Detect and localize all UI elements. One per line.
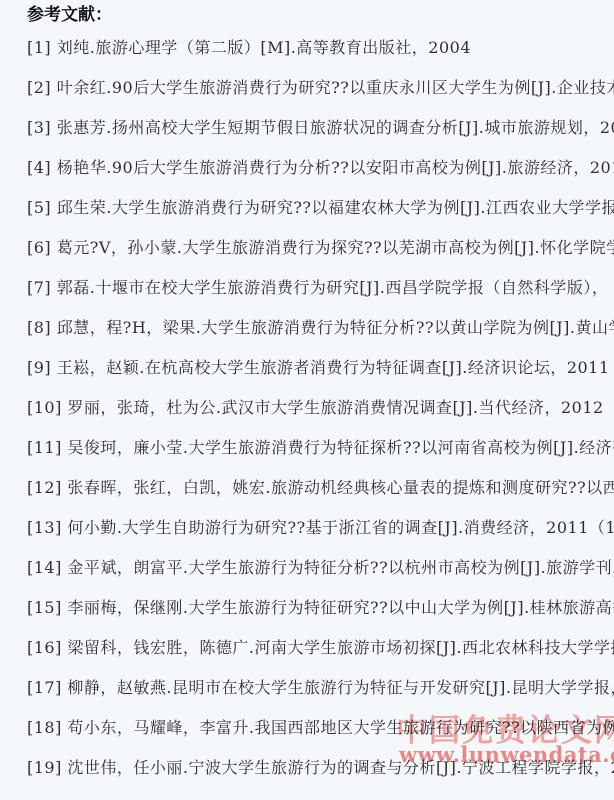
reference-item: [17] 柳静，赵敏燕.昆明市在校大学生旅游行为特征与开发研究[J].昆明大学学… xyxy=(27,668,614,708)
document-page: 中国免费论文网 www.lunwendata.com 参考文献： [1] 刘纯.… xyxy=(0,0,614,800)
reference-item: [10] 罗丽，张琦，杜为公.武汉市大学生旅游消费情况调查[J].当代经济，20… xyxy=(27,388,614,428)
reference-item: [2] 叶余红.90后大学生旅游消费行为研究??以重庆永川区大学生为例[J].企… xyxy=(27,68,614,108)
reference-item: [12] 张春晖，张红，白凯，姚宏.旅游动机经典核心量表的提炼和测度研究??以西… xyxy=(27,468,614,508)
references-section: 参考文献： [1] 刘纯.旅游心理学（第二版）[M].高等教育出版社，2004[… xyxy=(0,0,614,788)
reference-item: [19] 沈世伟，任小丽.宁波大学生旅游行为的调查与分析[J].宁波工程学院学报… xyxy=(27,748,614,788)
reference-item: [7] 郭磊.十堰市在校大学生旅游消费行为研究[J].西昌学院学报（自然科学版）… xyxy=(27,268,614,308)
reference-item: [5] 邱生荣.大学生旅游消费行为研究??以福建农林大学为例[J].江西农业大学… xyxy=(27,188,614,228)
reference-item: [14] 金平斌，朗富平.大学生旅游行为特征分析??以杭州市高校为例[J].旅游… xyxy=(27,548,614,588)
reference-item: [4] 杨艳华.90后大学生旅游消费行为分析??以安阳市高校为例[J].旅游经济… xyxy=(27,148,614,188)
reference-item: [3] 张惠芳.扬州高校大学生短期节假日旅游状况的调查分析[J].城市旅游规划，… xyxy=(27,108,614,148)
reference-item: [9] 王崧，赵颖.在杭高校大学生旅游者消费行为特征调查[J].经济识论坛，20… xyxy=(27,348,614,388)
reference-item: [11] 吴俊珂，廉小莹.大学生旅游消费行为特征探析??以河南省高校为例[J].… xyxy=(27,428,614,468)
reference-item: [16] 梁留科，钱宏胜，陈德广.河南大学生旅游市场初探[J].西北农林科技大学… xyxy=(27,628,614,668)
reference-item: [18] 苟小东，马耀峰，李富升.我国西部地区大学生旅游行为研究??以陕西省为例… xyxy=(27,708,614,748)
reference-item: [15] 李丽梅，保继刚.大学生旅游行为特征研究??以中山大学为例[J].桂林旅… xyxy=(27,588,614,628)
reference-item: [13] 何小勤.大学生自助游行为研究??基于浙江省的调查[J].消费经济，20… xyxy=(27,508,614,548)
reference-item: [6] 葛元?V，孙小蒙.大学生旅游消费行为探究??以芜湖市高校为例[J].怀化… xyxy=(27,228,614,268)
reference-item: [1] 刘纯.旅游心理学（第二版）[M].高等教育出版社，2004 xyxy=(27,28,614,68)
reference-list: [1] 刘纯.旅游心理学（第二版）[M].高等教育出版社，2004[2] 叶余红… xyxy=(27,28,614,788)
reference-item: [8] 邱慧，程?H，梁果.大学生旅游消费行为特征分析??以黄山学院为例[J].… xyxy=(27,308,614,348)
references-heading: 参考文献： xyxy=(27,7,614,24)
